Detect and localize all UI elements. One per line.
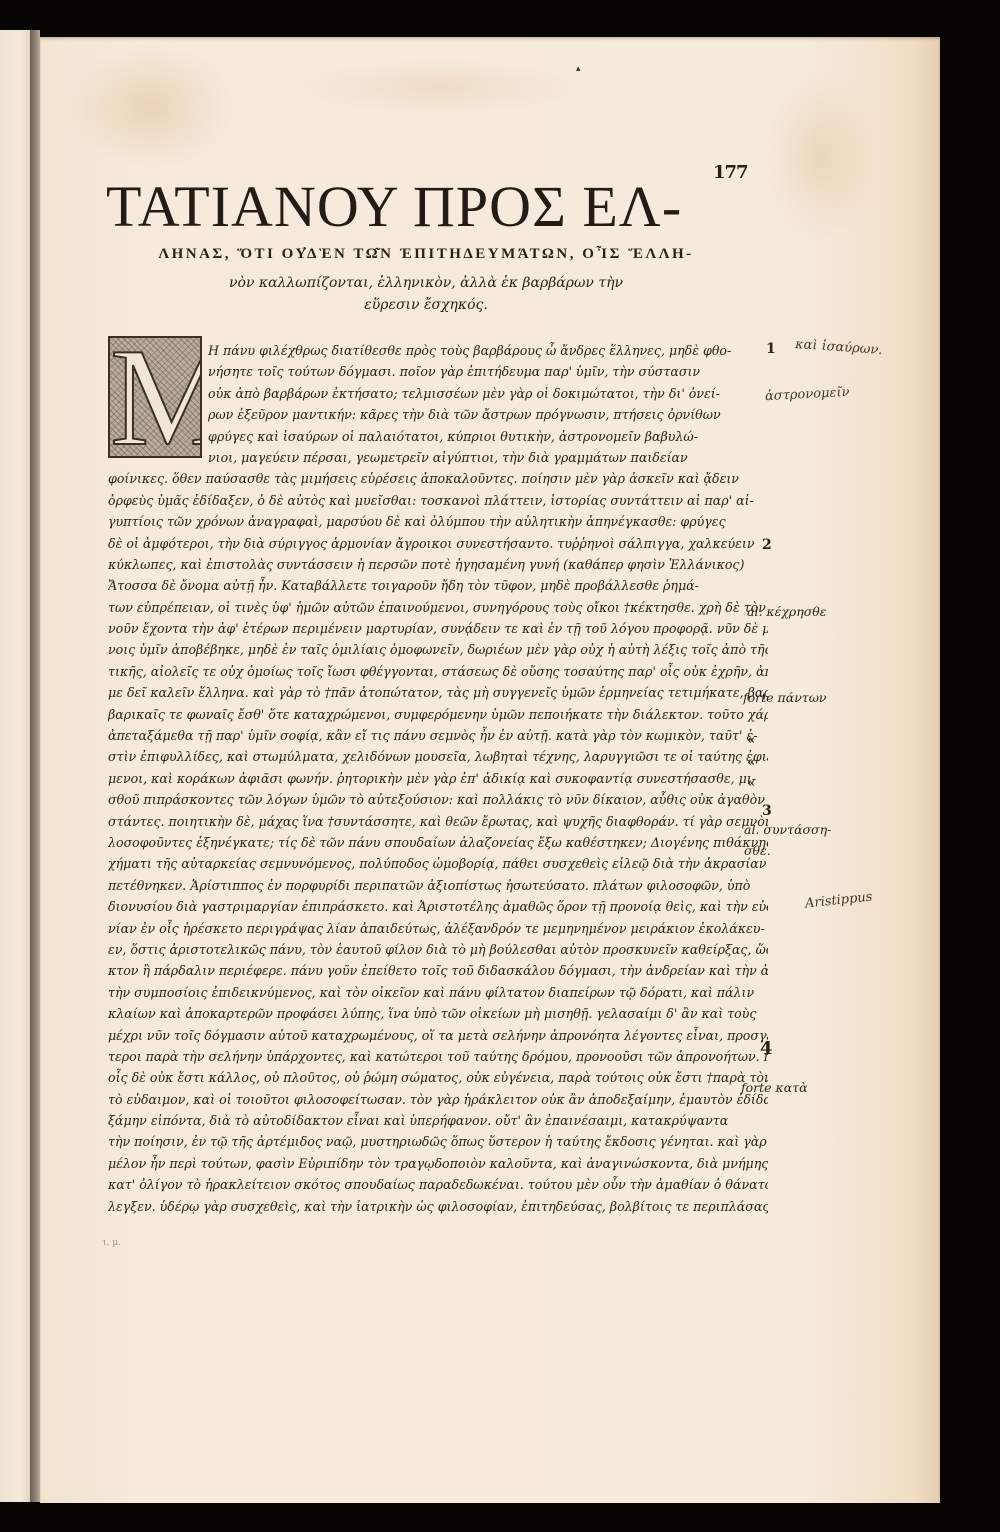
- text-line: φοίνικες. ὅθεν παύσασθε τὰς μιμήσεις εὑρ…: [108, 468, 768, 489]
- text-line: κλαίων καὶ ἀποκαρτερῶν προφάσει λύπης, ἵ…: [108, 1003, 768, 1024]
- text-line: ρων ἐξεῦρον μαντικήν: κᾶρες τὴν διὰ τῶν …: [108, 404, 768, 425]
- text-line: οὐκ ἀπὸ βαρβάρων ἐκτήσατο; τελμισσέων μὲ…: [108, 383, 768, 404]
- margin-note: forte πάντων: [743, 690, 827, 705]
- text-line: τὴν συμποσίοις ἐπιδεικνύμενος, καὶ τὸν ο…: [108, 982, 768, 1003]
- text-line: μέχρι νῦν τοῖς δόγμασιν αὐτοῦ καταχρωμέν…: [108, 1025, 768, 1046]
- quote-mark: «: [747, 755, 755, 770]
- note-text: συντάσση-: [763, 822, 831, 837]
- text-line: δὲ οἱ ἀμφότεροι, τὴν διὰ σύριγγος ἁρμονί…: [108, 533, 768, 554]
- text-line: χήματι τῆς αὐταρκείας σεμνυνόμενος, πολύ…: [108, 853, 768, 874]
- text-line: στὶν ἐπιφυλλίδες, καὶ στωμύλματα, χελιδό…: [108, 746, 768, 767]
- text-line: κατ' ὀλίγον τὸ ἡρακλείτειον σκότος σπουδ…: [108, 1174, 768, 1195]
- text-line: σθοῦ πιπράσκοντες τῶν λόγων ὑμῶν τὸ αὐτε…: [108, 789, 768, 810]
- section-number: 1: [766, 341, 776, 357]
- note-text: σθε.: [744, 843, 771, 858]
- text-line: ὀρφεὺς ὑμᾶς ἐδίδαξεν, ὁ δὲ αὐτὸς καὶ μυε…: [108, 490, 768, 511]
- text-line: τεροι παρὰ τὴν σελήνην ὑπάρχοντες, καὶ κ…: [108, 1046, 768, 1067]
- facing-page-edge: [0, 30, 30, 1502]
- text-line: κτον ἢ πάρδαλιν περιέφερε. πάνυ γοῦν ἐπε…: [108, 960, 768, 981]
- note-text: κέχρησθε: [766, 604, 826, 619]
- note-prefix: forte: [743, 690, 774, 705]
- note-prefix: al.: [747, 604, 762, 619]
- book-gutter: [30, 30, 40, 1502]
- text-line: νίαν ἐν οἷς ἠρέσκετο περιγράψας λίαν ἀπα…: [108, 918, 768, 939]
- text-line: νήσητε τοῖς τούτων δόγμασι. ποῖον γὰρ ἐπ…: [108, 361, 768, 382]
- signature-mark: ▴: [576, 64, 581, 74]
- margin-note: al. συντάσση-: [744, 822, 831, 837]
- margin-note: al. κέχρησθε: [747, 604, 827, 619]
- text-line: Ἄτοσσα δὲ ὄνομα αὐτῇ ἦν. Καταβάλλετε τοι…: [108, 575, 768, 596]
- text-line: λεγξεν. ὑδέρῳ γὰρ συσχεθεὶς, καὶ τὴν ἰατ…: [108, 1196, 768, 1217]
- text-line: ἀπεταξάμεθα τῇ παρ' ὑμῖν σοφίᾳ, κἂν εἴ τ…: [108, 725, 768, 746]
- text-line: κύκλωπες, καὶ ἐπιστολὰς συντάσσειν ἡ περ…: [108, 554, 768, 575]
- page-title: ΤΑΤΙΑΝΟΥ ΠΡΟΣ ΕΛ-: [106, 178, 776, 236]
- section-number: 2: [762, 537, 772, 553]
- text-line: νιοι, μαγεύειν πέρσαι, γεωμετρεῖν αἰγύπτ…: [108, 447, 768, 468]
- main-text-block: Η πάνυ φιλέχθρως διατίθεσθε πρὸς τοὺς βα…: [108, 340, 768, 1217]
- text-line: εν, ὅστις ἀριστοτελικῶς πάνυ, τὸν ἑαυτοῦ…: [108, 939, 768, 960]
- faint-mark: ι. μ.: [103, 1238, 121, 1248]
- text-line: των εὐπρέπειαν, οἱ τινὲς ὑφ' ἡμῶν αὐτῶν …: [108, 597, 768, 618]
- note-prefix: al.: [744, 822, 759, 837]
- text-line: νοῦν ἔχοντα τὴν ἀφ' ἑτέρων περιμένειν μα…: [108, 618, 768, 639]
- text-line: οἷς δὲ οὐκ ἔστι κάλλος, οὐ πλοῦτος, οὐ ῥ…: [108, 1067, 768, 1088]
- text-line: μενοι, καὶ κοράκων ἀφιᾶσι φωνήν. ῥητορικ…: [108, 768, 768, 789]
- text-line: ξάμην εἰπόντα, διὰ τὸ αὐτοδίδακτον εἶναι…: [108, 1110, 768, 1131]
- note-text: κατὰ: [776, 1080, 808, 1095]
- text-line: στάντες. ποιητικὴν δὲ, μάχας ἵνα †συντάσ…: [108, 811, 768, 832]
- text-line: τὸ εὐδαιμον, καὶ οἱ τοιοῦτοι φιλοσοφείτω…: [108, 1089, 768, 1110]
- subtitle-line: εὕρεσιν ἔσχηκός.: [106, 294, 746, 316]
- section-number: 4: [760, 1038, 773, 1059]
- text-line: τικῆς, αἰολεῖς τε οὐχ ὁμοίως τοῖς ἴωσι φ…: [108, 661, 768, 682]
- text-line: γυπτίοις τῶν χρόνων ἀναγραφαὶ, μαρσύου δ…: [108, 511, 768, 532]
- note-prefix: forte: [741, 1080, 772, 1095]
- margin-note: σθε.: [744, 843, 771, 858]
- text-line: πετέθνηκεν. Ἀρίστιππος ἐν πορφυρίδι περι…: [108, 875, 768, 896]
- text-line: διονυσίου διὰ γαστριμαργίαν ἐπιπράσκετο.…: [108, 896, 768, 917]
- text-line: βαρικαῖς τε φωναῖς ἔσθ' ὅτε καταχρώμενοι…: [108, 704, 768, 725]
- quote-mark: «: [747, 733, 755, 748]
- subtitle-italic: νὸν καλλωπίζονται, ἑλληνικὸν, ἀλλὰ ἐκ βα…: [106, 272, 746, 316]
- text-line: τὴν ποίησιν, ἐν τῷ τῆς ἀρτέμιδος ναῷ, μυ…: [108, 1131, 768, 1152]
- text-line: νοις ὑμῖν ἀποβέβηκε, μηδὲ ἐν ταῖς ὁμιλία…: [108, 639, 768, 660]
- margin-note: forte κατὰ: [741, 1080, 808, 1095]
- text-line: φρύγες καὶ ἰσαύρων οἱ παλαιότατοι, κύπρι…: [108, 426, 768, 447]
- quote-mark: «: [747, 776, 755, 791]
- text-line: μέλον ἦν περὶ τούτων, φασὶν Εὐριπίδην τὸ…: [108, 1153, 768, 1174]
- note-text: πάντων: [778, 690, 827, 705]
- subtitle-line: νὸν καλλωπίζονται, ἑλληνικὸν, ἀλλὰ ἐκ βα…: [106, 272, 746, 294]
- text-line: λοσοφοῦντες ἐξηνέγκατε; τίς δὲ τῶν πάνυ …: [108, 832, 768, 853]
- subtitle-caps: ΛΗΝΑΣ, ὍΤΙ ΟΥ̓ΔῈΝ ΤΩ͂Ν ἘΠΙΤΗΔΕΥΜΆΤΩΝ, ΟἾ…: [106, 246, 746, 263]
- text-line: Η πάνυ φιλέχθρως διατίθεσθε πρὸς τοὺς βα…: [108, 340, 768, 361]
- text-line: με δεῖ καλεῖν ἕλληνα. καὶ γὰρ τὸ †πᾶν ἀτ…: [108, 682, 768, 703]
- section-number: 3: [762, 803, 772, 819]
